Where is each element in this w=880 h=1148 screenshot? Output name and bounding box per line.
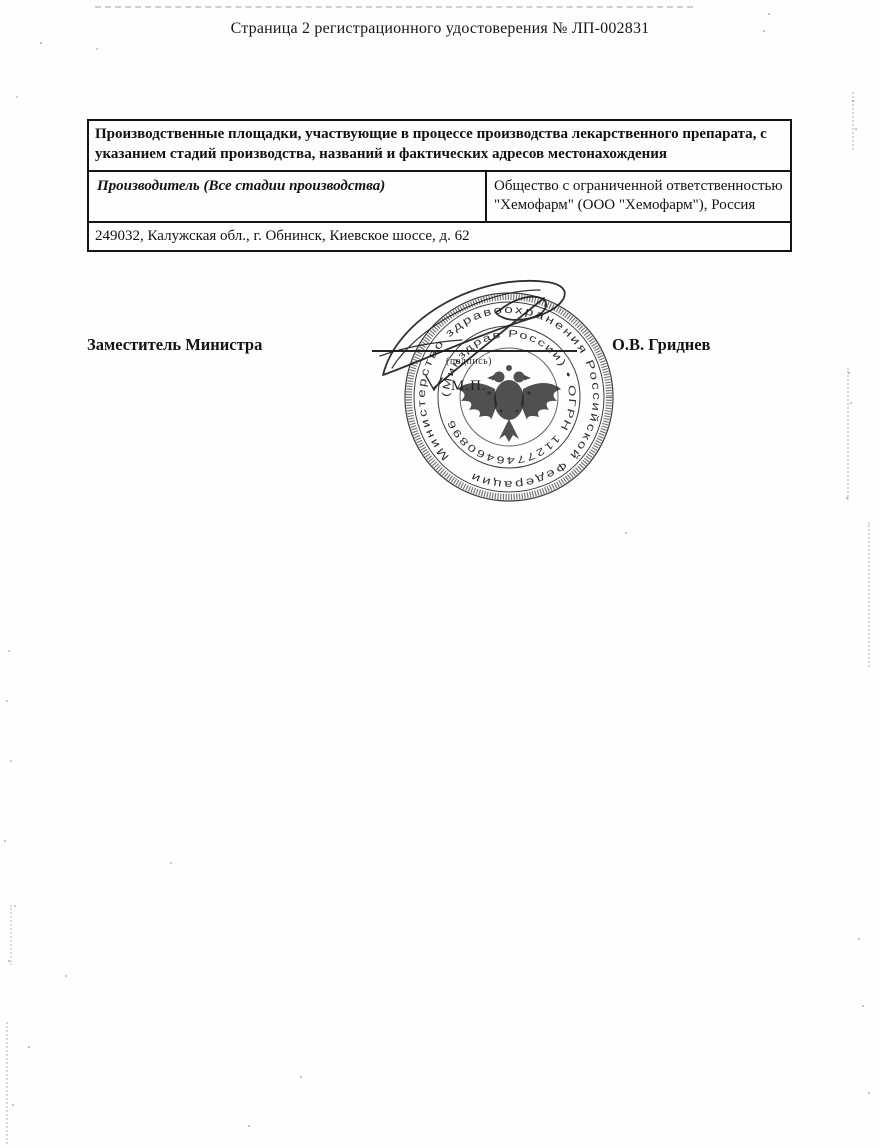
page-header: Страница 2 регистрационного удостоверени… [0,20,880,38]
official-title: Заместитель Министра [87,335,262,355]
official-name: О.В. Гриднев [612,335,710,355]
manufacturer-name-cell: Общество с ограниченной ответственностью… [487,172,790,221]
scan-noise-dots [0,0,2,2]
manufacturer-address-cell: 249032, Калужская обл., г. Обнинск, Киев… [89,223,790,251]
scan-edge-artifact [847,368,849,500]
signature-strokes-svg [362,268,612,478]
production-sites-table: Производственные площадки, участвующие в… [87,119,792,252]
scan-artifact-line [95,6,693,8]
manufacturer-role-cell: Производитель (Все стадии производства) [89,172,487,221]
handwritten-signature [362,268,612,478]
scan-edge-artifact [868,522,870,667]
scan-edge-artifact [10,905,12,965]
table-row-manufacturer: Производитель (Все стадии производства) … [89,172,790,223]
scan-edge-artifact [852,92,854,150]
certificate-page: Страница 2 регистрационного удостоверени… [0,0,880,1148]
scan-edge-artifact [6,1022,8,1144]
table-header-cell: Производственные площадки, участвующие в… [89,121,790,172]
